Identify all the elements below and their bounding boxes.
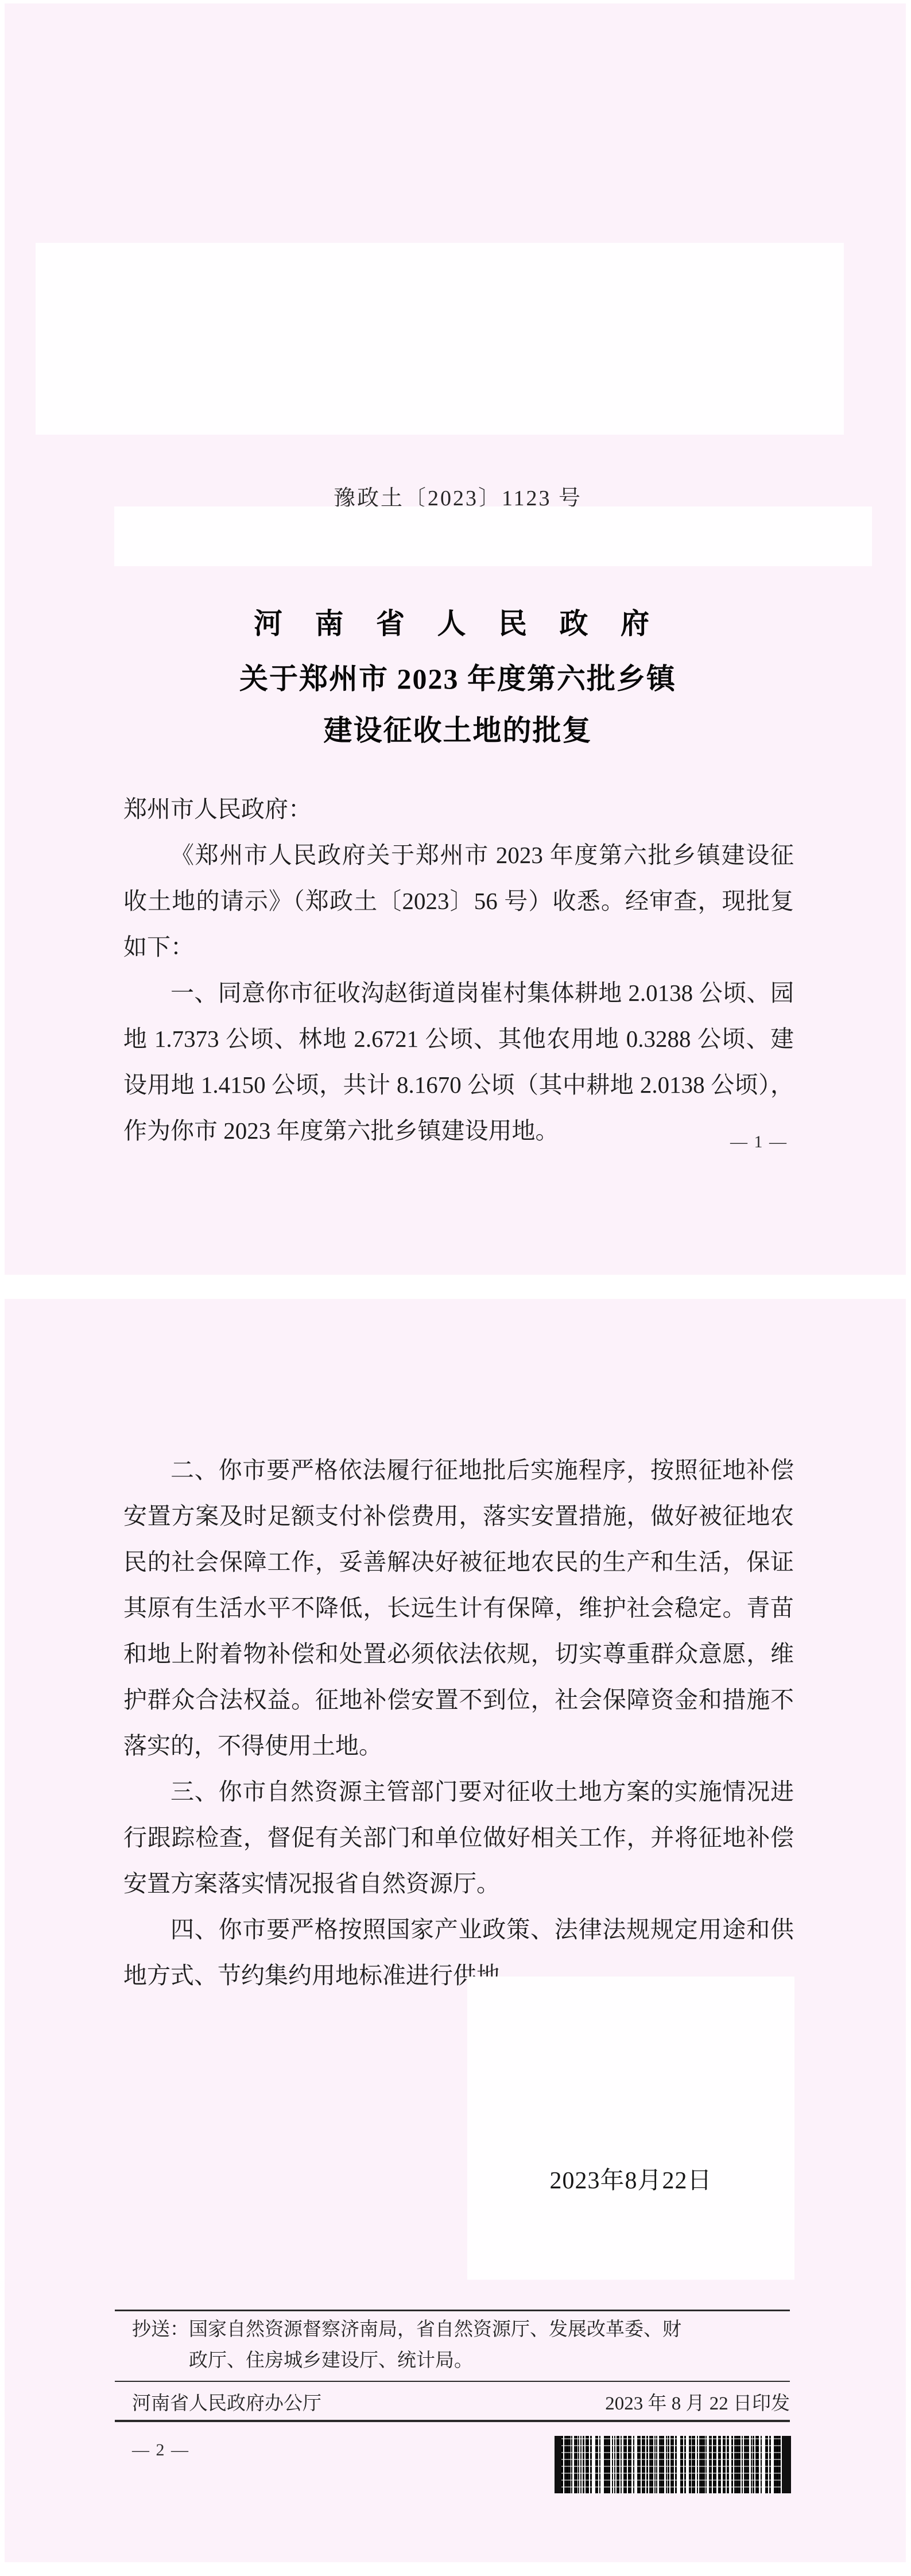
greeting-line: 郑州市人民政府：	[123, 786, 794, 832]
cc-line-1: 抄送：国家自然资源督察济南局，省自然资源厅、发展改革委、财	[132, 2314, 790, 2345]
title-line-2: 关于郑州市 2023 年度第六批乡镇	[123, 659, 792, 699]
paragraph-item-3: 三、你市自然资源主管部门要对征收土地方案的实施情况进行跟踪检查，督促有关部门和单…	[123, 1769, 794, 1906]
page-2-number: — 2 —	[132, 2440, 189, 2460]
title-line-1: 河 南 省 人 民 政 府	[123, 604, 792, 644]
title-line-3: 建设征收土地的批复	[123, 710, 792, 751]
document-number: 豫政土〔2023〕1123 号	[123, 480, 792, 508]
footer-rule-top	[115, 2310, 790, 2311]
signature-date: 2023年8月22日	[467, 2161, 794, 2196]
publisher-row: 河南省人民政府办公厅 2023 年 8 月 22 日印发	[132, 2390, 790, 2418]
print-date: 2023 年 8 月 22 日印发	[605, 2390, 790, 2418]
footer-rule-middle	[115, 2381, 790, 2382]
footer-rule-bottom	[115, 2420, 790, 2422]
cc-block: 抄送：国家自然资源督察济南局，省自然资源厅、发展改革委、财 政厅、住房城乡建设厅…	[132, 2314, 790, 2376]
issuing-office: 河南省人民政府办公厅	[132, 2390, 321, 2418]
paragraph-item-2: 二、你市要严格依法履行征地批后实施程序，按照征地补偿安置方案及时足额支付补偿费用…	[123, 1447, 794, 1769]
seal-redaction-block	[467, 1977, 794, 2280]
page-2-body: 二、你市要严格依法履行征地批后实施程序，按照征地补偿安置方案及时足额支付补偿费用…	[123, 1447, 794, 1998]
letterhead-divider-redaction-band	[114, 506, 872, 566]
scanned-document-canvas: 豫政土〔2023〕1123 号 河 南 省 人 民 政 府 关于郑州市 2023…	[0, 0, 911, 2576]
barcode-image	[555, 2436, 791, 2493]
page-1-body: 郑州市人民政府： 《郑州市人民政府关于郑州市 2023 年度第六批乡镇建设征收土…	[123, 786, 794, 1154]
cc-line-2: 政厅、住房城乡建设厅、统计局。	[132, 2345, 790, 2376]
letterhead-redaction-block	[36, 243, 844, 435]
paragraph-item-1: 一、同意你市征收沟赵街道岗崔村集体耕地 2.0138 公顷、园地 1.7373 …	[123, 970, 794, 1154]
paragraph-request: 《郑州市人民政府关于郑州市 2023 年度第六批乡镇建设征收土地的请示》（郑政土…	[123, 832, 794, 970]
page-1-number: — 1 —	[123, 1132, 788, 1152]
